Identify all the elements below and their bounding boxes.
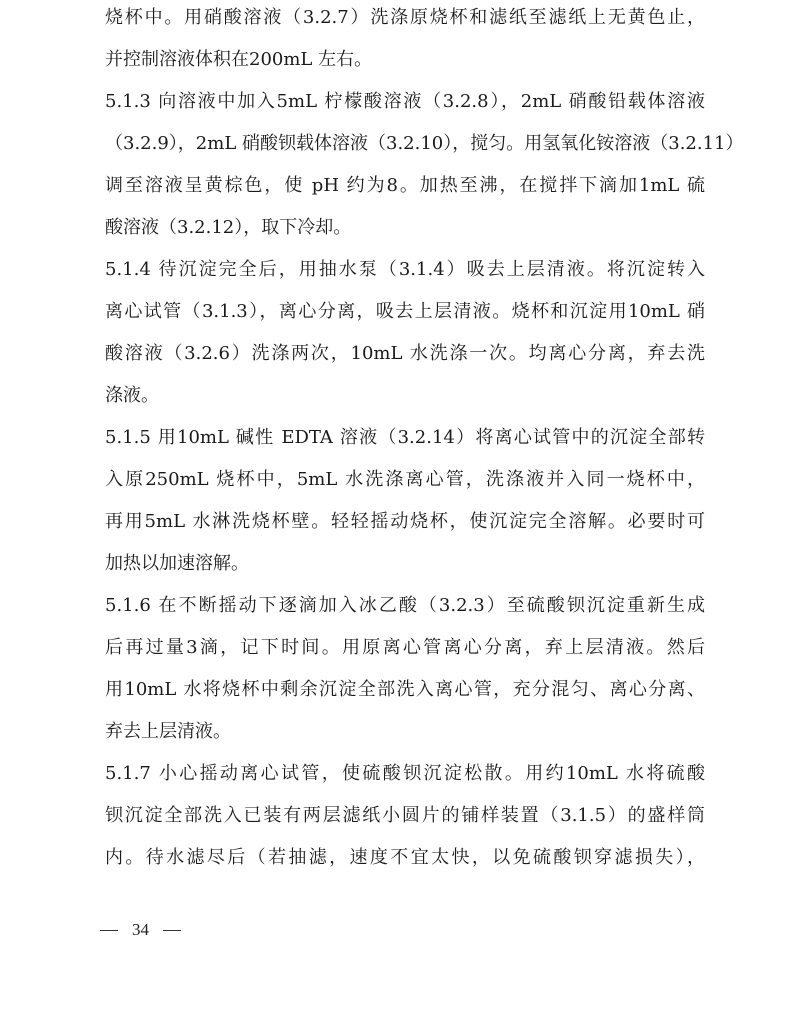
text-line: 离心试管（3.1.3），离心分离，吸去上层清液。烧杯和沉淀用10mL 硝 [105,297,705,327]
text-line: 酸溶液（3.2.12），取下冷却。 [105,213,705,243]
text-line: 内。待水滤尽后（若抽滤，速度不宜太快，以免硫酸钡穿滤损失）， [105,843,705,873]
text-line: 酸溶液（3.2.6）洗涤两次，10mL 水洗涤一次。均离心分离，弃去洗 [105,339,705,369]
section-5-1-3-line: 5.1.3 向溶液中加入5mL 柠檬酸溶液（3.2.8），2mL 硝酸铅载体溶液 [105,87,705,117]
page-footer: 34 [100,920,181,940]
text-line: 入原250mL 烧杯中，5mL 水洗涤离心管，洗涤液并入同一烧杯中， [105,465,705,495]
section-5-1-5-line: 5.1.5 用10mL 碱性 EDTA 溶液（3.2.14）将离心试管中的沉淀全… [105,423,705,453]
dash-left [100,930,118,931]
text-line: 钡沉淀全部洗入已装有两层滤纸小圆片的铺样装置（3.1.5）的盛样筒 [105,801,705,831]
text-line: 涤液。 [105,381,705,411]
text-line: 并控制溶液体积在200mL 左右。 [105,45,705,75]
section-5-1-6-line: 5.1.6 在不断摇动下逐滴加入冰乙酸（3.2.3）至硫酸钡沉淀重新生成 [105,591,705,621]
page-number: 34 [132,920,149,940]
text-line: （3.2.9），2mL 硝酸钡载体溶液（3.2.10），搅匀。用氢氧化铵溶液（3… [105,129,705,159]
dash-right [163,930,181,931]
document-page: 烧杯中。用硝酸溶液（3.2.7）洗涤原烧杯和滤纸至滤纸上无黄色止， 并控制溶液体… [0,0,800,1013]
text-line: 加热以加速溶解。 [105,549,705,579]
text-line: 弃去上层清液。 [105,717,705,747]
text-line: 调至溶液呈黄棕色，使 pH 约为8。加热至沸，在搅拌下滴加1mL 硫 [105,171,705,201]
text-line: 后再过量3滴，记下时间。用原离心管离心分离，弃上层清液。然后 [105,633,705,663]
text-line: 烧杯中。用硝酸溶液（3.2.7）洗涤原烧杯和滤纸至滤纸上无黄色止， [105,3,705,33]
text-line: 再用5mL 水淋洗烧杯壁。轻轻摇动烧杯，使沉淀完全溶解。必要时可 [105,507,705,537]
section-5-1-7-line: 5.1.7 小心摇动离心试管，使硫酸钡沉淀松散。用约10mL 水将硫酸 [105,759,705,789]
section-5-1-4-line: 5.1.4 待沉淀完全后，用抽水泵（3.1.4）吸去上层清液。将沉淀转入 [105,255,705,285]
text-line: 用10mL 水将烧杯中剩余沉淀全部洗入离心管，充分混匀、离心分离、 [105,675,705,705]
